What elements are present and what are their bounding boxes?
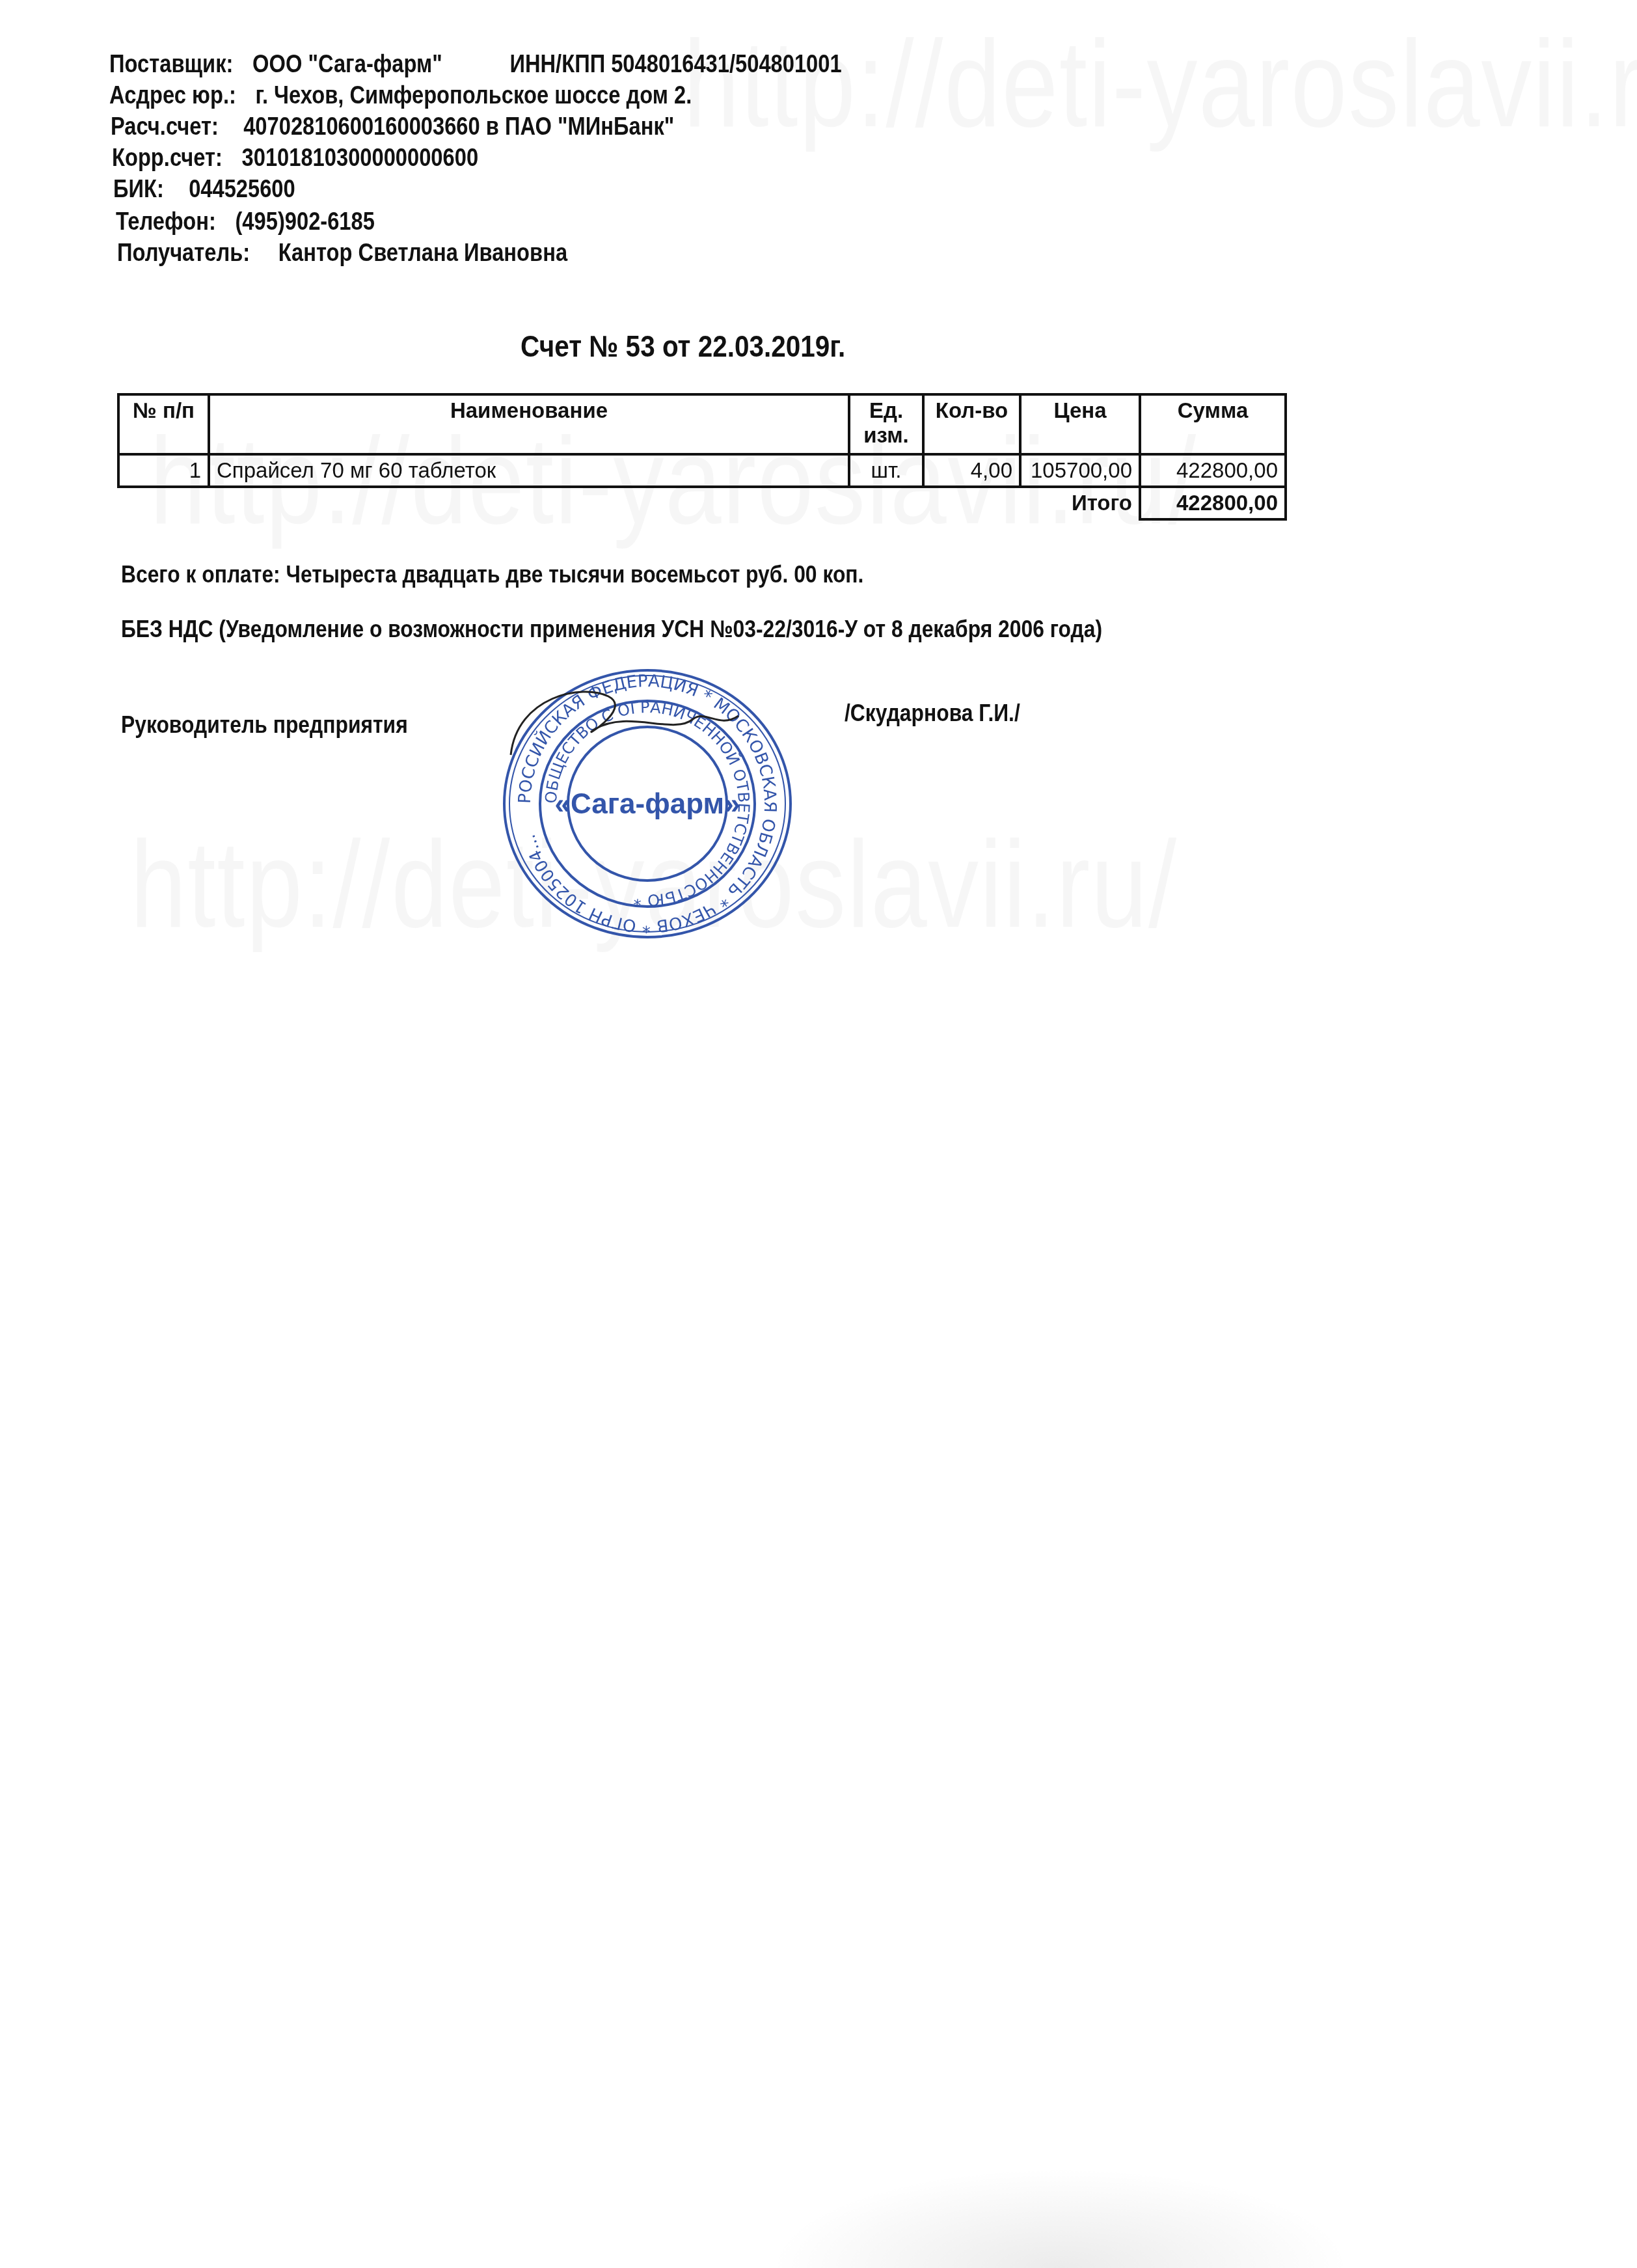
amount-in-words: Всего к оплате: Четыреста двадцать две т…	[121, 561, 863, 588]
supplier-line: Поставщик: ООО "Сага-фарм" ИНН/КПП 50480…	[109, 51, 842, 79]
bik-value: 044525600	[189, 176, 295, 204]
table-row: 1 Спрайсел 70 мг 60 таблеток шт. 4,00 10…	[118, 454, 1286, 487]
phone-line: Телефон: (495)902-6185	[116, 208, 375, 236]
cell-qty: 4,00	[923, 454, 1020, 487]
total-row: Итого 422800,00	[118, 487, 1286, 519]
invoice-title: Счет № 53 от 22.03.2019г.	[521, 329, 845, 364]
col-header-unit: Ед. изм.	[849, 394, 923, 454]
recipient-line: Получатель: Кантор Светлана Ивановна	[117, 239, 567, 267]
col-header-qty: Кол-во	[923, 394, 1020, 454]
address-value: г. Чехов, Симферопольское шоссе дом 2.	[256, 82, 692, 110]
phone-value: (495)902-6185	[235, 208, 374, 236]
cell-no: 1	[118, 454, 209, 487]
cell-unit: шт.	[849, 454, 923, 487]
col-header-name: Наименование	[209, 394, 849, 454]
signature-name: /Скударнова Г.И./	[845, 700, 1020, 727]
col-header-sum: Сумма	[1140, 394, 1286, 454]
phone-label: Телефон:	[116, 208, 216, 236]
corr-account-line: Корр.счет: 30101810300000000600	[112, 144, 478, 172]
recipient-value: Кантор Светлана Ивановна	[278, 239, 567, 267]
supplier-label: Поставщик:	[109, 51, 233, 79]
account-line: Расч.счет: 40702810600160003660 в ПАО "М…	[111, 113, 674, 141]
signature-role: Руководитель предприятия	[121, 711, 408, 739]
account-value: 40702810600160003660 в ПАО "МИнБанк"	[243, 113, 674, 141]
account-label: Расч.счет:	[111, 113, 219, 141]
supplier-name: ООО "Сага-фарм"	[252, 51, 442, 79]
bik-line: БИК: 044525600	[113, 176, 295, 204]
total-value: 422800,00	[1140, 487, 1286, 519]
cell-price: 105700,00	[1020, 454, 1140, 487]
stamp-center-text: «Сага-фарм»	[555, 788, 740, 820]
supplier-inn-kpp: ИНН/КПП 5048016431/504801001	[509, 51, 841, 79]
watermark: http://deti-yaroslavii.ru/	[683, 13, 1637, 155]
cell-sum: 422800,00	[1140, 454, 1286, 487]
total-label: Итого	[118, 487, 1140, 519]
vat-note: БЕЗ НДС (Уведомление о возможности приме…	[121, 616, 1102, 643]
invoice-table: № п/п Наименование Ед. изм. Кол-во Цена …	[117, 393, 1287, 521]
corr-account-value: 30101810300000000600	[242, 144, 479, 172]
col-header-price: Цена	[1020, 394, 1140, 454]
company-stamp: РОССИЙСКАЯ ФЕДЕРАЦИЯ * МОСКОВСКАЯ ОБЛАСТ…	[478, 657, 817, 944]
address-label: Асдрес юр.:	[109, 82, 236, 110]
col-header-no: № п/п	[118, 394, 209, 454]
cell-name: Спрайсел 70 мг 60 таблеток	[209, 454, 849, 487]
corr-account-label: Корр.счет:	[112, 144, 223, 172]
bik-label: БИК:	[113, 176, 164, 204]
recipient-label: Получатель:	[117, 239, 250, 267]
table-header-row: № п/п Наименование Ед. изм. Кол-во Цена …	[118, 394, 1286, 454]
address-line: Асдрес юр.: г. Чехов, Симферопольское шо…	[109, 82, 692, 110]
scan-shadow	[768, 2167, 1353, 2268]
